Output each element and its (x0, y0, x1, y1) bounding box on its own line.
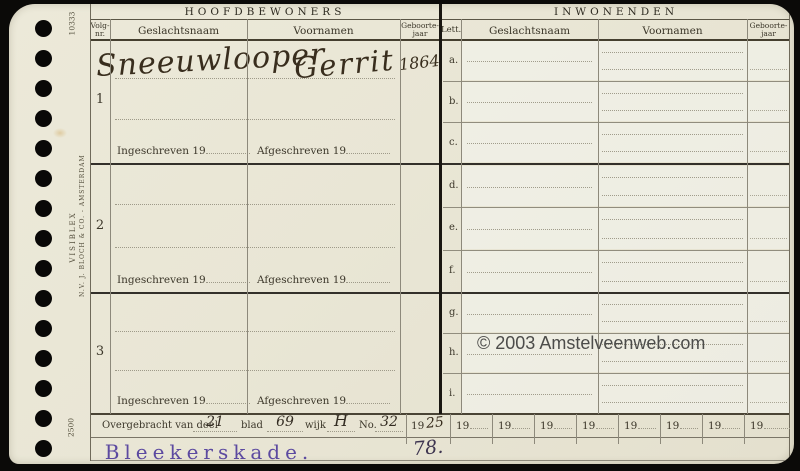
dotted-line (722, 420, 740, 429)
lett-value: c. (449, 137, 458, 148)
punch-hole (35, 320, 52, 337)
afgeschreven-label: Afgeschreven 19 (257, 394, 390, 407)
grid-line (406, 414, 407, 437)
lett-value: h. (449, 347, 459, 358)
entry-dotted-line (115, 204, 395, 205)
inwonende-row: i. (443, 373, 790, 415)
grid-line (247, 19, 248, 414)
geslachtsnaam-cell (461, 82, 598, 121)
afgeschreven-label: Afgeschreven 19 (257, 144, 390, 157)
year-label: 19 (498, 420, 511, 432)
column-header-geboortejaar-right: Geboorte- jaar (747, 22, 790, 38)
grid-line (492, 414, 493, 437)
lett-value: e. (449, 222, 458, 233)
dotted-line (554, 420, 572, 429)
ingeschreven-text: Ingeschreven 19 (117, 395, 206, 407)
paper-stain (53, 128, 67, 138)
street-stamp: Bleekerskade. (104, 440, 314, 464)
card-stock-number-top: 10333 (68, 4, 77, 44)
grid-tick (702, 437, 703, 444)
inwonende-row: g. (443, 293, 790, 334)
entry-dotted-line (115, 247, 395, 248)
grid-tick (744, 437, 745, 444)
geboortejaar-cell (747, 208, 790, 249)
inwonende-row: c. (443, 122, 790, 164)
year-cell: 19 (708, 420, 740, 432)
ingeschreven-text: Ingeschreven 19 (117, 274, 206, 286)
dotted-line (638, 420, 656, 429)
grid-tick (492, 437, 493, 444)
ingeschreven-label: Ingeschreven 19 (117, 394, 250, 407)
dotted-line (596, 420, 614, 429)
punch-hole (35, 50, 52, 67)
entry-dotted-line (115, 370, 395, 371)
house-number: 78. (412, 436, 444, 461)
handwritten-year: 25 (425, 414, 444, 432)
column-header-volgnr: Volg- nr. (90, 22, 110, 38)
inwonende-row: a. (443, 40, 790, 82)
brand-maker: N.V. J. BLOCH & CO. - AMSTERDAM (78, 177, 87, 297)
dotted-line (346, 273, 390, 283)
grid-tick (576, 437, 577, 444)
geboortejaar-cell (747, 82, 790, 121)
registration-card: 10333 VISIBLEX N.V. J. BLOCH & CO. - AMS… (9, 4, 794, 464)
punch-hole (35, 20, 52, 37)
dotted-line (206, 144, 250, 154)
punch-hole (35, 200, 52, 217)
grid-line (747, 19, 748, 414)
grid-line (450, 414, 451, 437)
geboortejaar-cell (747, 334, 790, 372)
column-header-voornamen-right: Voornamen (598, 25, 747, 37)
column-header-geboortejaar-left: Geboorte- jaar (400, 22, 440, 38)
column-header-geslachtsnaam-left: Geslachtsnaam (110, 25, 247, 37)
punch-hole (35, 440, 52, 457)
geslachtsnaam-cell (461, 208, 598, 249)
year-cell: 19 (540, 420, 572, 432)
grid-tick (660, 437, 661, 444)
year-cell: 19 (498, 420, 530, 432)
dotted-line (206, 273, 250, 283)
column-header-volgnr-line2: nr. (95, 29, 105, 38)
grid-line (744, 414, 745, 437)
voornamen-cell (598, 123, 747, 162)
transfer-value-deel: 21 (193, 414, 237, 432)
grid-line (90, 4, 91, 461)
inwonende-row: e. (443, 207, 790, 251)
transfer-value-no: 32 (375, 414, 403, 432)
watermark: © 2003 Amstelveenweb.com (477, 333, 705, 354)
transfer-value-wijk: H (327, 411, 355, 432)
grid-line (598, 19, 599, 414)
voornamen-cell (598, 166, 747, 206)
grid-line (110, 19, 111, 414)
punch-hole (35, 260, 52, 277)
inwonende-row: b. (443, 81, 790, 123)
lett-value: a. (449, 55, 458, 66)
lett-value: f. (449, 265, 456, 276)
voornamen-cell (598, 41, 747, 80)
ingeschreven-label: Ingeschreven 19 (117, 144, 250, 157)
grid-tick (534, 437, 535, 444)
transfer-value-blad: 69 (267, 414, 303, 432)
transfer-label-blad: blad (241, 420, 263, 431)
column-header-geslachtsnaam-right: Geslachtsnaam (461, 25, 598, 37)
afgeschreven-text: Afgeschreven 19 (257, 145, 346, 157)
ingeschreven-label: Ingeschreven 19 (117, 273, 250, 286)
lett-value: d. (449, 180, 459, 191)
year-label: 19 (666, 420, 679, 432)
year-label: 19 (456, 420, 469, 432)
punch-hole (35, 80, 52, 97)
afgeschreven-text: Afgeschreven 19 (257, 274, 346, 286)
column-header-geboortejaar-line2: jaar (761, 29, 776, 38)
section-divider-line (439, 4, 442, 414)
punch-hole (35, 230, 52, 247)
geboortejaar-cell (747, 251, 790, 292)
card-stock-number-bottom: 2500 (67, 408, 76, 448)
volgnr-value: 1 (90, 92, 110, 107)
scan-background: 10333 VISIBLEX N.V. J. BLOCH & CO. - AMS… (0, 0, 800, 471)
dotted-line (764, 420, 790, 429)
year-cell: 19 (624, 420, 656, 432)
grid-line (618, 414, 619, 437)
dotted-line (346, 394, 390, 404)
column-header-lett: Lett. (441, 25, 461, 35)
grid-line (789, 4, 790, 460)
grid-line (702, 414, 703, 437)
punch-hole (35, 140, 52, 157)
grid-tick (450, 437, 451, 444)
lett-value: g. (449, 307, 459, 318)
geboortejaar-cell (747, 166, 790, 206)
punch-hole (35, 350, 52, 367)
inwonende-row: d. (443, 165, 790, 208)
geslachtsnaam-cell (461, 374, 598, 413)
punch-hole (35, 410, 52, 427)
year-label: 19 (540, 420, 553, 432)
transfer-label-wijk: wijk (305, 420, 326, 431)
punch-hole (35, 290, 52, 307)
geslachtsnaam-cell (461, 41, 598, 80)
voornamen-cell (598, 208, 747, 249)
voornamen-cell (598, 82, 747, 121)
dotted-line (512, 420, 530, 429)
entry-dotted-line (115, 119, 395, 120)
section-title-hoofdbewoners: HOOFDBEWONERS (115, 6, 415, 18)
inwonende-row: f. (443, 250, 790, 294)
punch-hole (35, 110, 52, 127)
afgeschreven-text: Afgeschreven 19 (257, 395, 346, 407)
lett-value: i. (449, 388, 455, 399)
grid-line (660, 414, 661, 437)
year-label: 19 (624, 420, 637, 432)
volgnr-value: 2 (90, 218, 110, 233)
lett-value: b. (449, 96, 459, 107)
year-cell: 19 (666, 420, 698, 432)
grid-tick (618, 437, 619, 444)
year-cell: 19 (456, 420, 488, 432)
punch-hole (35, 380, 52, 397)
year-cell: 19 (750, 420, 790, 432)
voornamen-cell (598, 374, 747, 413)
brand-name: VISIBLEX (69, 177, 78, 297)
hoofdbewoner-entry-3: 3 Ingeschreven 19 Afgeschreven 19 (90, 293, 440, 414)
dotted-line (470, 420, 488, 429)
section-title-inwonenden: INWONENDEN (466, 6, 766, 18)
geslachtsnaam-cell (461, 251, 598, 292)
voornamen-cell (598, 251, 747, 292)
geboortejaar-cell (747, 41, 790, 80)
hoofdbewoner-entry-2: 2 Ingeschreven 19 Afgeschreven 19 (90, 164, 440, 293)
dotted-line (680, 420, 698, 429)
geboortejaar-cell (747, 374, 790, 413)
grid-line (461, 19, 462, 414)
year-cell: 19 (582, 420, 614, 432)
geboortejaar-cell (747, 294, 790, 332)
year-label: 19 (750, 420, 763, 432)
geboortejaar-cell (747, 123, 790, 162)
grid-line (576, 414, 577, 437)
year-label: 19 (582, 420, 595, 432)
grid-line (400, 19, 401, 414)
year-label: 19 (708, 420, 721, 432)
punch-hole (35, 170, 52, 187)
ingeschreven-text: Ingeschreven 19 (117, 145, 206, 157)
geslachtsnaam-cell (461, 294, 598, 332)
entry-dotted-line (115, 331, 395, 332)
column-header-geboortejaar-line2: jaar (413, 29, 428, 38)
geslachtsnaam-cell (461, 123, 598, 162)
geslachtsnaam-cell (461, 166, 598, 206)
grid-tick (406, 437, 407, 444)
printer-imprint: VISIBLEX N.V. J. BLOCH & CO. - AMSTERDAM (69, 177, 87, 297)
dotted-line (206, 394, 250, 404)
year-label: 19 (411, 420, 424, 432)
dotted-line (346, 144, 390, 154)
grid-line (534, 414, 535, 437)
afgeschreven-label: Afgeschreven 19 (257, 273, 390, 286)
voornamen-cell (598, 294, 747, 332)
year-cell-first: 19 (411, 420, 424, 432)
volgnr-value: 3 (90, 344, 110, 359)
column-header-voornamen-left: Voornamen (247, 25, 400, 37)
